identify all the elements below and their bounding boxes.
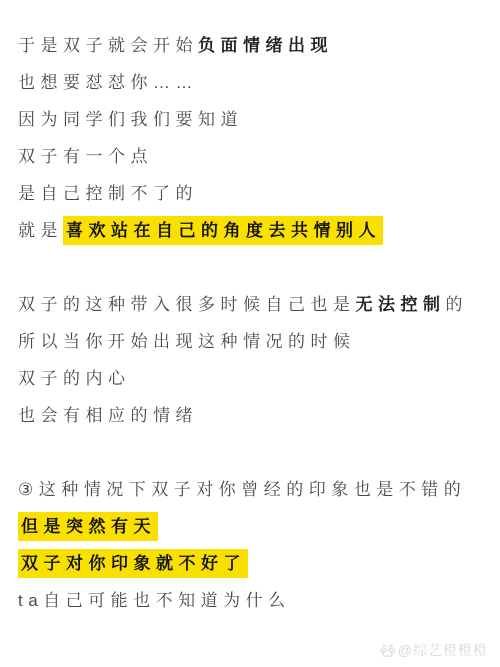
text-line: 所以当你开始出现这种情况的时候: [18, 323, 486, 360]
highlighted-text: 双子对你印象就不好了: [18, 549, 248, 578]
text-content: 于是双子就会开始负面情绪出现也想要怼怼你……因为同学们我们要知道双子有一个点是自…: [0, 0, 500, 619]
text-line: 是自己控制不了的: [18, 175, 486, 212]
text-line: ③这种情况下双子对你曾经的印象也是不错的: [18, 471, 486, 508]
baidu-paw-icon: [380, 643, 395, 658]
paragraph: 于是双子就会开始负面情绪出现也想要怼怼你……因为同学们我们要知道双子有一个点是自…: [18, 27, 486, 249]
text-segment: 双子的内心: [18, 369, 131, 388]
text-segment: ta自己可能也不知道为什么: [18, 591, 291, 610]
text-segment: 双子有一个点: [18, 147, 153, 166]
text-line: 也会有相应的情绪: [18, 397, 486, 434]
text-segment: 的: [446, 295, 469, 314]
paragraph: 双子的这种带入很多时候自己也是无法控制的所以当你开始出现这种情况的时候双子的内心…: [18, 286, 486, 434]
text-line: 但是突然有天: [18, 508, 486, 545]
paragraph: ③这种情况下双子对你曾经的印象也是不错的但是突然有天双子对你印象就不好了ta自己…: [18, 471, 486, 619]
highlighted-text: 喜欢站在自己的角度去共情别人: [63, 216, 383, 245]
text-line: 于是双子就会开始负面情绪出现: [18, 27, 486, 64]
watermark-handle: @综艺橙橙橙: [398, 640, 488, 660]
text-segment: 双子的这种带入很多时候自己也是: [18, 295, 356, 314]
text-line: ta自己可能也不知道为什么: [18, 582, 486, 619]
text-line: 双子有一个点: [18, 138, 486, 175]
text-segment: 也想要怼怼你……: [18, 73, 198, 92]
text-line: 双子对你印象就不好了: [18, 545, 486, 582]
text-line: 双子的内心: [18, 360, 486, 397]
text-segment: 因为同学们我们要知道: [18, 110, 243, 129]
bold-text: 无法控制: [356, 295, 446, 314]
text-line: 因为同学们我们要知道: [18, 101, 486, 138]
text-line: 双子的这种带入很多时候自己也是无法控制的: [18, 286, 486, 323]
text-segment: 是自己控制不了的: [18, 184, 198, 203]
text-segment: ③这种情况下双子对你曾经的印象也是不错的: [18, 480, 466, 499]
bold-text: 负面情绪出现: [198, 36, 333, 55]
text-segment: 所以当你开始出现这种情况的时候: [18, 332, 356, 351]
watermark: @综艺橙橙橙: [380, 640, 488, 660]
text-line: 就是喜欢站在自己的角度去共情别人: [18, 212, 486, 249]
text-line: 也想要怼怼你……: [18, 64, 486, 101]
text-segment: 于是双子就会开始: [18, 36, 198, 55]
text-segment: 也会有相应的情绪: [18, 406, 198, 425]
text-segment: 就是: [18, 221, 63, 240]
highlighted-text: 但是突然有天: [18, 512, 158, 541]
